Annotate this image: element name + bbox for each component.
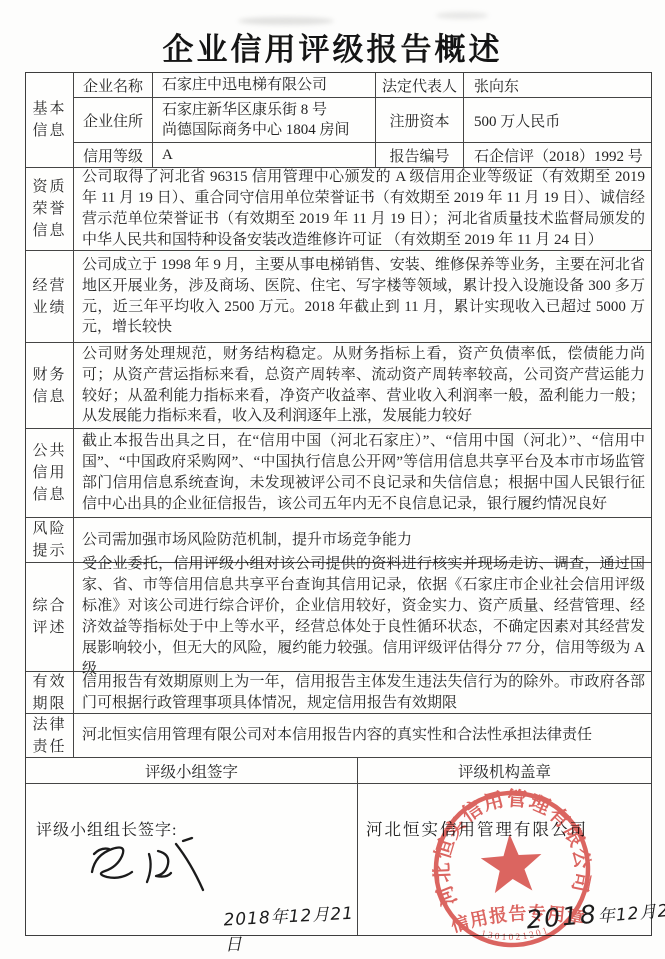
section-label: 公共信用信息 <box>26 429 74 517</box>
signature-body-row: 评级小组组长签字: 2018年12月21日 河北恒实信用管理有限公司 <box>26 784 651 935</box>
section-legal-liability: 法律责任 河北恒实信用管理有限公司对本信用报告内容的真实性和合法性承担法律责任 <box>26 714 651 758</box>
handwritten-signature <box>86 836 226 898</box>
section-qualification-honors: 资质荣誉信息 公司取得了河北省 96315 信用管理中心颁发的 A 级信用企业等… <box>26 168 651 251</box>
seal-star-icon <box>479 832 544 894</box>
field-credit-grade-label: 信用等级 <box>74 143 153 167</box>
section-validity-period: 有效期限 信用报告有效期原则上为一年，信用报告主体发生违法失信行为的除外。市政府… <box>26 672 651 714</box>
field-report-number-value: 石企信评（2018）1992 号 <box>464 143 651 167</box>
section-label: 风险提示 <box>26 518 74 562</box>
section-text: 信用报告有效期原则上为一年，信用报告主体发生违法失信行为的除外。市政府各部门可根… <box>82 672 645 714</box>
table-row: 企业名称 石家庄中迅电梯有限公司 法定代表人 张向东 <box>74 73 651 98</box>
table-row: 企业住所 石家庄新华区康乐街 8 号 尚德国际商务中心 1804 房间 注册资本… <box>74 98 651 143</box>
section-label: 经营业绩 <box>26 251 74 342</box>
section-business-performance: 经营业绩 公司成立于 1998 年 9 月，主要从事电梯销售、安装、维修保养等业… <box>26 251 651 343</box>
report-table: 基本信息 企业名称 石家庄中迅电梯有限公司 法定代表人 张向东 企业住所 石家庄… <box>25 72 652 936</box>
signature-header-row: 评级小组签字 评级机构盖章 <box>26 758 651 784</box>
rating-team-signature-header: 评级小组签字 <box>26 758 358 783</box>
basic-info-body: 企业名称 石家庄中迅电梯有限公司 法定代表人 张向东 企业住所 石家庄新华区康乐… <box>74 73 651 167</box>
field-company-name-label: 企业名称 <box>74 73 153 97</box>
section-text: 公司成立于 1998 年 9 月，主要从事电梯销售、安装、维修保养等业务，主要在… <box>82 255 645 339</box>
section-text: 受企业委托，信用评级小组对该公司提供的资料进行核实并现场走访、调查，通过国家、省… <box>82 554 645 679</box>
field-registered-capital-value: 500 万人民币 <box>464 98 651 142</box>
page-title: 企业信用评级报告概述 <box>0 24 665 69</box>
field-address-value: 石家庄新华区康乐街 8 号 尚德国际商务中心 1804 房间 <box>153 98 376 142</box>
section-label-basic: 基本信息 <box>26 73 74 167</box>
section-financial-info: 财务信息 公司财务处理规范，财务结构稳定。从财务指标上看，资产负债率低，偿债能力… <box>26 343 651 429</box>
section-text: 公司财务处理规范，财务结构稳定。从财务指标上看，资产负债率低，偿债能力尚可；从资… <box>82 344 645 428</box>
section-label: 法律责任 <box>26 714 74 757</box>
table-row: 信用等级 A 报告编号 石企信评（2018）1992 号 <box>74 143 651 167</box>
section-text: 截止本报告出具之日，在“信用中国（河北石家庄）”、“信用中国（河北）”、“信用中… <box>82 431 645 515</box>
section-text: 公司取得了河北省 96315 信用管理中心颁发的 A 级信用企业等级证（有效期至… <box>82 167 645 251</box>
section-text: 公司需加强市场风险防范机制，提升市场竞争能力 <box>82 530 412 551</box>
section-label: 资质荣誉信息 <box>26 168 74 250</box>
credit-rating-report-page: 企业信用评级报告概述 基本信息 企业名称 石家庄中迅电梯有限公司 法定代表人 张… <box>0 0 665 959</box>
field-legal-rep-value: 张向东 <box>464 73 651 97</box>
section-label: 综合评述 <box>26 563 74 671</box>
field-report-number-label: 报告编号 <box>376 143 464 167</box>
credit-report-seal: 河北恒实信用管理有限公司 信用报告专用章 1301021201 <box>422 779 601 958</box>
section-public-credit-info: 公共信用信息 截止本报告出具之日，在“信用中国（河北石家庄）”、“信用中国（河北… <box>26 429 651 518</box>
section-basic-info: 基本信息 企业名称 石家庄中迅电梯有限公司 法定代表人 张向东 企业住所 石家庄… <box>26 73 651 168</box>
scan-smudge <box>436 12 488 19</box>
field-credit-grade-value: A <box>153 143 376 167</box>
section-label: 有效期限 <box>26 672 74 713</box>
field-legal-rep-label: 法定代表人 <box>376 73 464 97</box>
section-comprehensive-review: 综合评述 受企业委托，信用评级小组对该公司提供的资料进行核实并现场走访、调查，通… <box>26 563 651 672</box>
section-label: 财务信息 <box>26 343 74 428</box>
agency-seal-cell: 河北恒实信用管理有限公司 河北恒实信用管理有限公司 <box>358 784 651 935</box>
field-company-name-value: 石家庄中迅电梯有限公司 <box>153 73 376 97</box>
field-address-label: 企业住所 <box>74 98 153 142</box>
team-signature-date: 2018年12月21日 <box>223 899 358 956</box>
section-text: 河北恒实信用管理有限公司对本信用报告内容的真实性和合法性承担法律责任 <box>82 725 592 746</box>
rating-agency-seal-header: 评级机构盖章 <box>358 758 651 783</box>
field-registered-capital-label: 注册资本 <box>376 98 464 142</box>
team-signature-cell: 评级小组组长签字: 2018年12月21日 <box>26 784 358 935</box>
